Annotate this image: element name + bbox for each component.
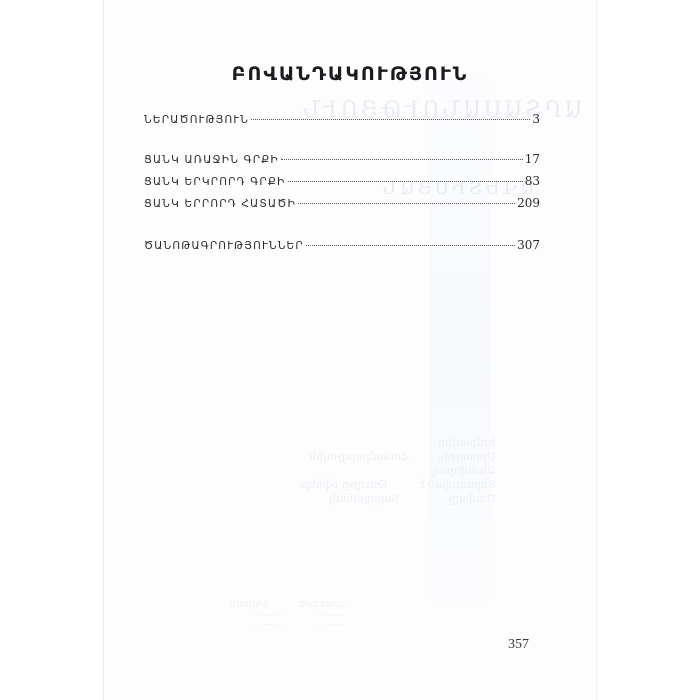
toc-entry-page: 209: [517, 192, 540, 214]
book-page: [103, 0, 597, 700]
toc-title: ԲՈՎԱՆԴԱԿՈՒԹՅՈՒՆ: [0, 63, 700, 85]
toc-entry-label: ՑԱՆԿ ԵՐԿՐՈՐԴ ԳՐՔԻ: [144, 171, 286, 193]
toc-entry-list-book-one[interactable]: ՑԱՆԿ ԱՌԱՋԻՆ ԳՐՔԻ 17: [144, 148, 540, 170]
dot-leader: [298, 203, 515, 204]
table-of-contents: ՆԵՐԱԾՈՒԹՅՈՒՆ 3 ՑԱՆԿ ԱՌԱՋԻՆ ԳՐՔԻ 17 ՑԱՆԿ …: [144, 108, 540, 256]
toc-entry-label: ՑԱՆԿ ԱՌԱՋԻՆ ԳՐՔԻ: [144, 149, 279, 171]
toc-entry-label: ՑԱՆԿ ԵՐՐՈՐԴ ՀԱՏԱԾԻ: [144, 193, 296, 215]
dot-leader: [281, 159, 523, 160]
toc-entry-list-book-two[interactable]: ՑԱՆԿ ԵՐԿՐՈՐԴ ԳՐՔԻ 83: [144, 170, 540, 192]
toc-entry-page: 3: [532, 108, 540, 130]
toc-entry-introduction[interactable]: ՆԵՐԱԾՈՒԹՅՈՒՆ 3: [144, 108, 540, 130]
toc-entry-page: 17: [525, 148, 540, 170]
dot-leader: [251, 119, 530, 120]
dot-leader: [306, 245, 515, 246]
toc-entry-list-volume-three[interactable]: ՑԱՆԿ ԵՐՐՈՐԴ ՀԱՏԱԾԻ 209: [144, 192, 540, 214]
dot-leader: [288, 181, 523, 182]
toc-entry-page: 83: [525, 170, 540, 192]
toc-entry-notes[interactable]: ԾԱՆՈԹԱԳՐՈՒԹՅՈՒՆՆԵՐ 307: [144, 234, 540, 256]
page-number: 357: [508, 637, 529, 653]
toc-entry-label: ԾԱՆՈԹԱԳՐՈՒԹՅՈՒՆՆԵՐ: [144, 235, 304, 257]
toc-entry-page: 307: [517, 234, 540, 256]
toc-entry-label: ՆԵՐԱԾՈՒԹՅՈՒՆ: [144, 109, 249, 131]
